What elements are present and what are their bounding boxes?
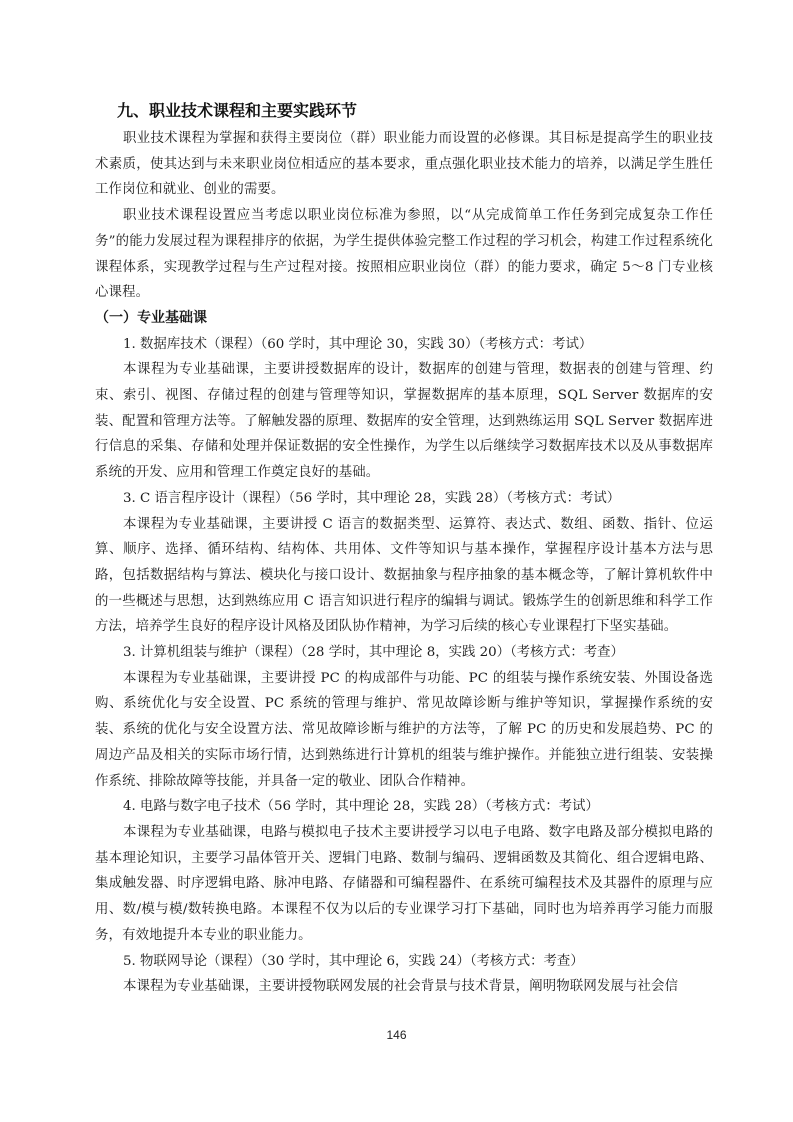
course-item: 3. 计算机组装与维护（课程）（28 学时，其中理论 8，实践 20）（考核方式… — [95, 640, 713, 794]
subsection-title: （一）专业基础课 — [95, 306, 713, 332]
section-title: 九、职业技术课程和主要实践环节 — [117, 96, 713, 126]
course-description: 本课程为专业基础课，主要讲授 PC 的构成部件与功能、PC 的组装与操作系统安装… — [95, 666, 713, 795]
course-description: 本课程为专业基础课，主要讲授物联网发展的社会背景与技术背景，阐明物联网发展与社会… — [95, 974, 713, 1000]
course-item: 5. 物联网导论（课程）（30 学时，其中理论 6，实践 24）（考核方式：考查… — [95, 949, 713, 1000]
course-item: 1. 数据库技术（课程）（60 学时，其中理论 30，实践 30）（考核方式：考… — [95, 332, 713, 486]
course-heading: 3. 计算机组装与维护（课程）（28 学时，其中理论 8，实践 20）（考核方式… — [95, 640, 713, 666]
course-heading: 4. 电路与数字电子技术（56 学时，其中理论 28，实践 28）（考核方式：考… — [95, 794, 713, 820]
course-item: 4. 电路与数字电子技术（56 学时，其中理论 28，实践 28）（考核方式：考… — [95, 794, 713, 948]
intro-paragraph: 职业技术课程为掌握和获得主要岗位（群）职业能力而设置的必修课。其目标是提高学生的… — [95, 126, 713, 203]
course-heading: 1. 数据库技术（课程）（60 学时，其中理论 30，实践 30）（考核方式：考… — [95, 332, 713, 358]
course-item: 3. C 语言程序设计（课程）（56 学时，其中理论 28，实践 28）（考核方… — [95, 486, 713, 640]
course-description: 本课程为专业基础课，主要讲授数据库的设计，数据库的创建与管理，数据表的创建与管理… — [95, 357, 713, 486]
document-page: 九、职业技术课程和主要实践环节 职业技术课程为掌握和获得主要岗位（群）职业能力而… — [95, 96, 713, 1000]
intro-paragraph: 职业技术课程设置应当考虑以职业岗位标准为参照，以“从完成简单工作任务到完成复杂工… — [95, 203, 713, 306]
course-heading: 5. 物联网导论（课程）（30 学时，其中理论 6，实践 24）（考核方式：考查… — [95, 949, 713, 975]
course-description: 本课程为专业基础课，主要讲授 C 语言的数据类型、运算符、表达式、数组、函数、指… — [95, 512, 713, 641]
page-number: 146 — [0, 1028, 793, 1042]
course-heading: 3. C 语言程序设计（课程）（56 学时，其中理论 28，实践 28）（考核方… — [95, 486, 713, 512]
course-description: 本课程为专业基础课，电路与模拟电子技术主要讲授学习以电子电路、数字电路及部分模拟… — [95, 820, 713, 949]
